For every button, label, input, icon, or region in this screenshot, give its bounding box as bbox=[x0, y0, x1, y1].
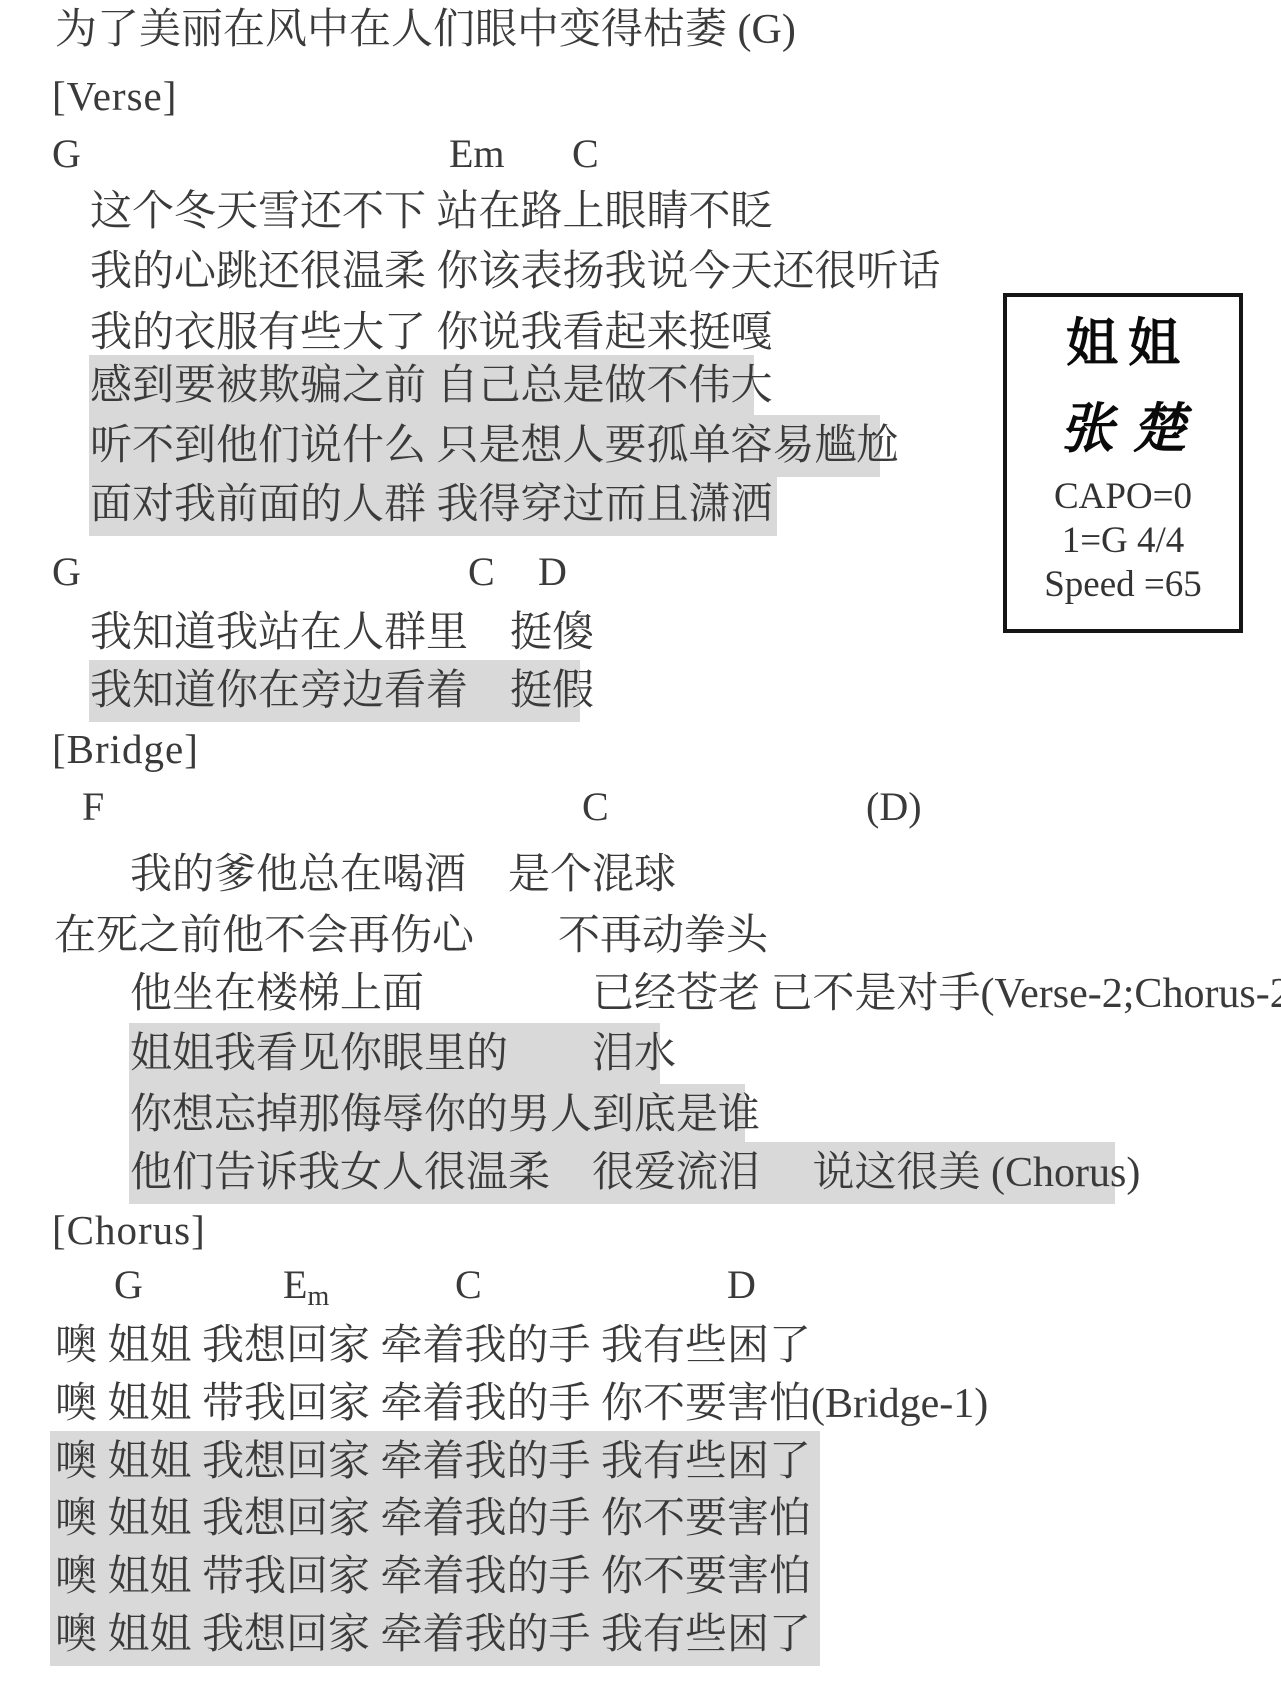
lyric-line: 他们告诉我女人很温柔 很爱流泪 说这很美 (Chorus) bbox=[130, 1143, 1140, 1203]
chord-quality-subscript: m bbox=[307, 1281, 329, 1312]
chord-label: F bbox=[82, 777, 104, 837]
lyric-line: 面对我前面的人群 我得穿过而且潇洒 bbox=[90, 475, 773, 535]
lyric-line: 姐姐我看见你眼里的 泪水 bbox=[130, 1024, 676, 1084]
lyric-line: 他坐在楼梯上面 已经苍老 已不是对手(Verse-2;Chorus-2) bbox=[130, 964, 1281, 1024]
lyric-line: 我的衣服有些大了 你说我看起来挺嘎 bbox=[90, 303, 773, 363]
lyric-line: 我的爹他总在喝酒 是个混球 bbox=[130, 845, 676, 905]
chord-label: G bbox=[52, 542, 81, 602]
chord-root: E bbox=[283, 1262, 307, 1307]
section-label: [Verse] bbox=[52, 66, 177, 126]
section-label: [Chorus] bbox=[52, 1200, 206, 1260]
lyric-line: 我的心跳还很温柔 你该表扬我说今天还很听话 bbox=[90, 242, 941, 302]
chord-root: C bbox=[572, 131, 599, 176]
lyric-line: 噢 姐姐 我想回家 牵着我的手 我有些困了 bbox=[55, 1432, 811, 1492]
chord-label: D bbox=[727, 1255, 756, 1315]
lyric-line: 噢 姐姐 带我回家 牵着我的手 你不要害怕 bbox=[55, 1547, 811, 1607]
lyric-line: 这个冬天雪还不下 站在路上眼睛不眨 bbox=[90, 182, 773, 242]
section-label: [Bridge] bbox=[52, 719, 199, 779]
lyric-line: 感到要被欺骗之前 自己总是做不伟大 bbox=[90, 356, 773, 416]
chord-label: G bbox=[114, 1255, 143, 1315]
chord-root: (D) bbox=[866, 784, 922, 829]
chord-root: C bbox=[455, 1262, 482, 1307]
chord-label: Em bbox=[449, 124, 505, 184]
lyric-line: 噢 姐姐 带我回家 牵着我的手 你不要害怕(Bridge-1) bbox=[55, 1374, 988, 1434]
chord-label: C bbox=[455, 1255, 482, 1315]
chord-label: (D) bbox=[866, 777, 922, 837]
song-info-box: 姐姐 张楚 CAPO=0 1=G 4/4 Speed =65 bbox=[1003, 293, 1243, 633]
chord-root: D bbox=[538, 549, 567, 594]
capo-info: CAPO=0 bbox=[1007, 475, 1239, 519]
song-artist: 张楚 bbox=[1007, 399, 1239, 459]
chord-root: G bbox=[52, 131, 81, 176]
key-time-info: 1=G 4/4 bbox=[1007, 519, 1239, 563]
song-title: 姐姐 bbox=[1007, 313, 1239, 377]
chord-sheet-page: 姐姐 张楚 CAPO=0 1=G 4/4 Speed =65 为了美丽在风中在人… bbox=[0, 0, 1281, 1690]
chord-label: Em bbox=[283, 1255, 329, 1315]
chord-root: F bbox=[82, 784, 104, 829]
lyric-line: 噢 姐姐 我想回家 牵着我的手 我有些困了 bbox=[55, 1605, 811, 1665]
lyric-line: 在死之前他不会再伤心 不再动拳头 bbox=[54, 906, 768, 966]
lyric-line: 你想忘掉那侮辱你的男人到底是谁 bbox=[130, 1085, 760, 1145]
lyric-line: 为了美丽在风中在人们眼中变得枯萎 (G) bbox=[55, 0, 796, 60]
lyric-line: 我知道我站在人群里 挺傻 bbox=[90, 603, 594, 663]
chord-label: D bbox=[538, 542, 567, 602]
chord-label: C bbox=[582, 777, 609, 837]
chord-root: C bbox=[582, 784, 609, 829]
chord-root: D bbox=[727, 1262, 756, 1307]
chord-root: G bbox=[52, 549, 81, 594]
lyric-line: 噢 姐姐 我想回家 牵着我的手 我有些困了 bbox=[55, 1316, 811, 1376]
chord-label: C bbox=[572, 124, 599, 184]
lyric-line: 噢 姐姐 我想回家 牵着我的手 你不要害怕 bbox=[55, 1489, 811, 1549]
chord-label: G bbox=[52, 124, 81, 184]
chord-label: C bbox=[468, 542, 495, 602]
lyric-line: 听不到他们说什么 只是想人要孤单容易尴尬 bbox=[90, 416, 899, 476]
lyric-line: 我知道你在旁边看着 挺假 bbox=[90, 661, 594, 721]
chord-root: G bbox=[114, 1262, 143, 1307]
speed-info: Speed =65 bbox=[1007, 563, 1239, 607]
chord-root: Em bbox=[449, 131, 505, 176]
chord-root: C bbox=[468, 549, 495, 594]
